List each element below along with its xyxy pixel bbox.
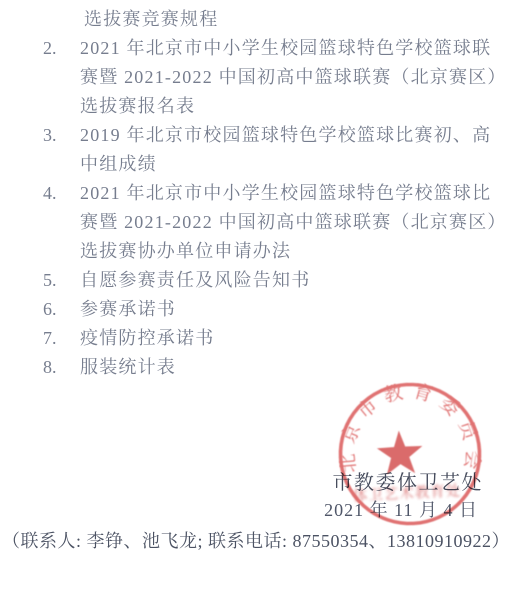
item-line: 中组成绩 (80, 150, 526, 179)
document-page: { "colors": { "body_text": "#767d8e", "s… (0, 0, 526, 600)
item-number: 2. (43, 34, 80, 63)
item-line: 赛暨 2021-2022 中国初高中篮球联赛（北京赛区） (80, 208, 526, 237)
contact-line: （联系人: 李铮、池飞龙; 联系电话: 87550354、13810910922… (2, 527, 510, 553)
signature-department: 市教委体卫艺处 (0, 466, 483, 495)
item-number: 7. (43, 324, 80, 353)
item-text: 自愿参赛责任及风险告知书 (80, 266, 526, 295)
item-text: 2019 年北京市校园篮球特色学校篮球比赛初、高 中组成绩 (80, 121, 526, 179)
attachment-list: 选拔赛竞赛规程 2. 2021 年北京市中小学生校园篮球特色学校篮球联 赛暨 2… (0, 5, 526, 382)
item-text: 服装统计表 (80, 353, 526, 382)
item-text: 2021 年北京市中小学生校园篮球特色学校篮球联 赛暨 2021-2022 中国… (80, 34, 526, 121)
item-number: 6. (43, 295, 80, 324)
list-item: 6. 参赛承诺书 (0, 295, 526, 324)
item-text: 2021 年北京市中小学生校园篮球特色学校篮球比 赛暨 2021-2022 中国… (80, 179, 526, 266)
signature-date: 2021 年 11 月 4 日 (0, 496, 478, 522)
item-line: 2021 年北京市中小学生校园篮球特色学校篮球联 (80, 34, 526, 63)
item-line: 选拔赛协办单位申请办法 (80, 237, 526, 266)
item-number: 8. (43, 353, 80, 382)
item-line: 服装统计表 (80, 353, 526, 382)
item-line: 选拔赛报名表 (80, 92, 526, 121)
list-item: 7. 疫情防控承诺书 (0, 324, 526, 353)
item-line: 疫情防控承诺书 (80, 324, 526, 353)
item-line: 赛暨 2021-2022 中国初高中篮球联赛（北京赛区） (80, 63, 526, 92)
item-text: 疫情防控承诺书 (80, 324, 526, 353)
item-number: 4. (43, 179, 80, 208)
list-item: 3. 2019 年北京市校园篮球特色学校篮球比赛初、高 中组成绩 (0, 121, 526, 179)
item-line: 2019 年北京市校园篮球特色学校篮球比赛初、高 (80, 121, 526, 150)
item-line: 选拔赛竞赛规程 (84, 5, 526, 34)
item-line: 参赛承诺书 (80, 295, 526, 324)
item-text: 参赛承诺书 (80, 295, 526, 324)
item-number: 3. (43, 121, 80, 150)
item-number: 5. (43, 266, 80, 295)
item-line: 2021 年北京市中小学生校园篮球特色学校篮球比 (80, 179, 526, 208)
list-item: 4. 2021 年北京市中小学生校园篮球特色学校篮球比 赛暨 2021-2022… (0, 179, 526, 266)
item-line: 自愿参赛责任及风险告知书 (80, 266, 526, 295)
list-item: 5. 自愿参赛责任及风险告知书 (0, 266, 526, 295)
list-item: 8. 服装统计表 (0, 353, 526, 382)
list-item: 2. 2021 年北京市中小学生校园篮球特色学校篮球联 赛暨 2021-2022… (0, 34, 526, 121)
